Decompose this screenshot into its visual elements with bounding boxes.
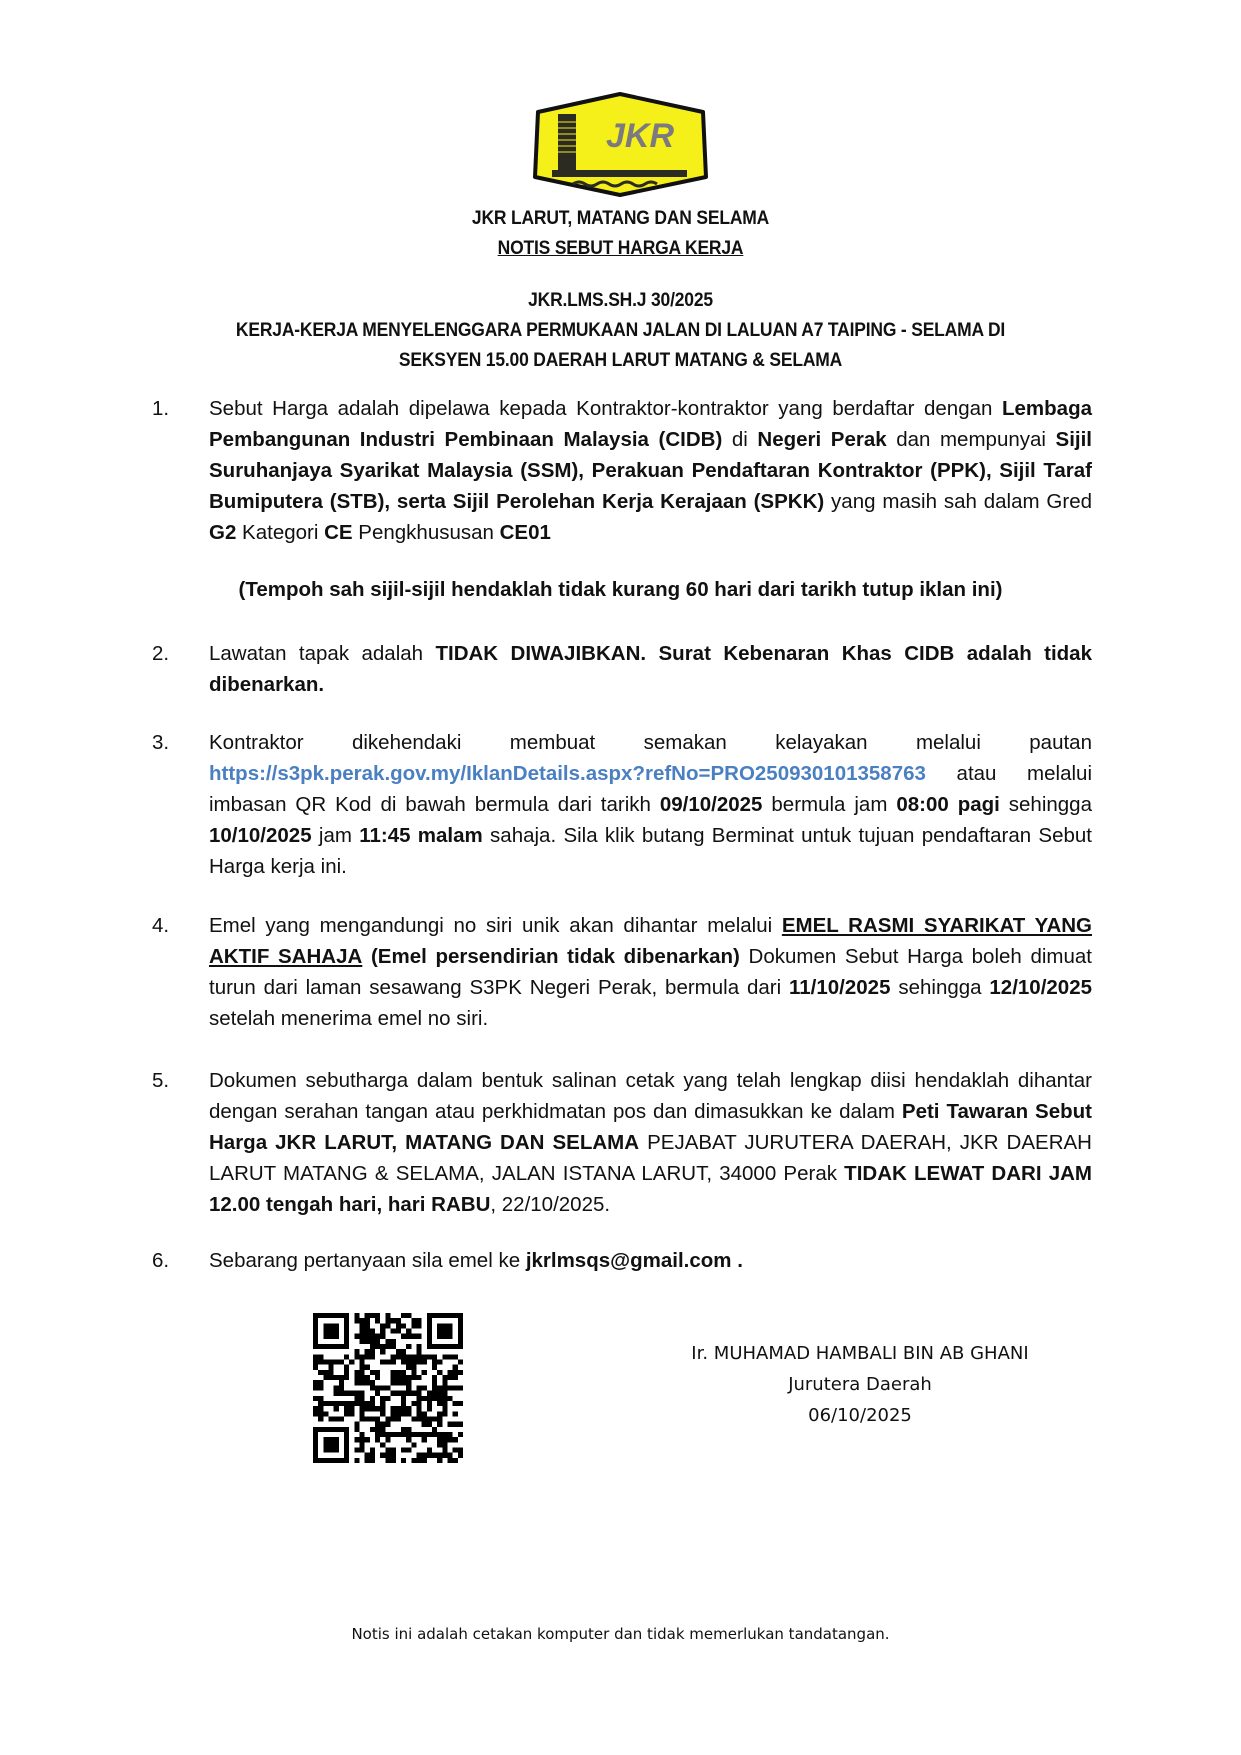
signature-date: 06/10/2025 — [640, 1400, 1080, 1431]
qr-code-icon[interactable] — [313, 1313, 463, 1463]
signatory-name: Ir. MUHAMAD HAMBALI BIN AB GHANI — [640, 1338, 1080, 1369]
footer-note: Notis ini adalah cetakan komputer dan ti… — [0, 1625, 1241, 1643]
notice-title: NOTIS SEBUT HARGA KERJA — [50, 238, 1192, 260]
svg-text:JKR: JKR — [606, 117, 674, 155]
reference-number: JKR.LMS.SH.J 30/2025 — [50, 290, 1192, 312]
validity-note: (Tempoh sah sijil-sijil hendaklah tidak … — [0, 578, 1241, 602]
project-title-line2: SEKSYEN 15.00 DAERAH LARUT MATANG & SELA… — [50, 350, 1192, 372]
jkr-logo-icon: JKR — [528, 92, 713, 197]
contact-email[interactable]: jkrlmsqs@gmail.com . — [526, 1249, 743, 1272]
project-title-line1: KERJA-KERJA MENYELENGGARA PERMUKAAN JALA… — [50, 320, 1192, 342]
organization-name: JKR LARUT, MATANG DAN SELAMA — [50, 208, 1192, 230]
signatory-title: Jurutera Daerah — [640, 1369, 1080, 1400]
eligibility-check-link[interactable]: https://s3pk.perak.gov.my/IklanDetails.a… — [209, 762, 926, 785]
notice-page: JKR JKR LARUT, MATANG DAN SELAMA NOTIS S… — [0, 0, 1241, 1755]
